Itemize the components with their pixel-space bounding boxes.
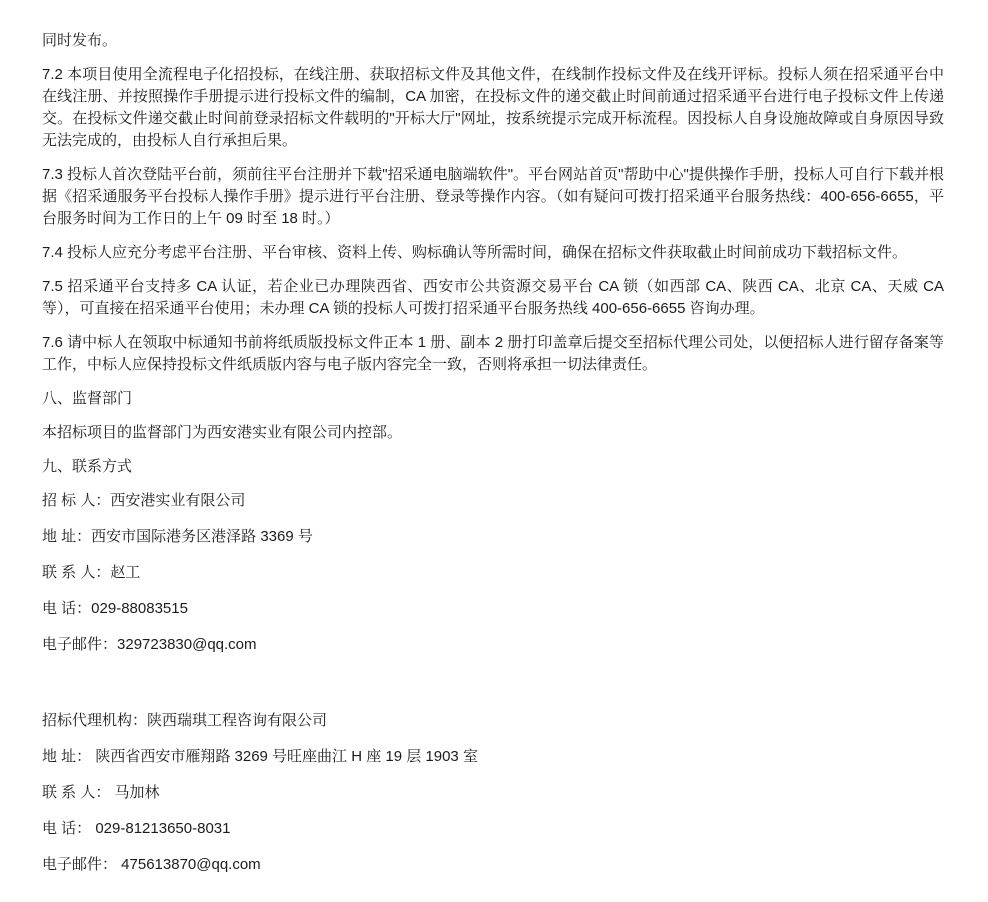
agency-phone-line: 电 话： 029-81213650-8031 [42,818,944,840]
clause-7-2: 7.2 本项目使用全流程电子化招投标，在线注册、获取招标文件及其他文件，在线制作… [42,64,944,152]
section-heading-supervision: 八、监督部门 [42,388,944,410]
tenderer-person-label: 联 系 人： [42,564,110,581]
clause-7-6: 7.6 请中标人在领取中标通知书前将纸质版投标文件正本 1 册、副本 2 册打印… [42,332,944,376]
tenderer-name-value: 西安港实业有限公司 [110,492,245,509]
agency-address-label: 地 址： [42,748,95,765]
tenderer-email-value: 329723830@qq.com [117,636,257,653]
agency-phone-label: 电 话： [42,820,95,837]
agency-address-value: 陕西省西安市雁翔路 3269 号旺座曲江 H 座 19 层 1903 室 [95,748,478,765]
paragraph-continuation: 同时发布。 [42,30,944,52]
agency-name-line: 招标代理机构：陕西瑞琪工程咨询有限公司 [42,710,944,732]
clause-7-4: 7.4 投标人应充分考虑平台注册、平台审核、资料上传、购标确认等所需时间，确保在… [42,242,944,264]
agency-phone-value: 029-81213650-8031 [95,820,230,837]
tenderer-phone-label: 电 话： [42,600,91,617]
tenderer-person-value: 赵工 [110,564,140,581]
agency-name-label: 招标代理机构： [42,712,147,729]
supervision-body: 本招标项目的监督部门为西安港实业有限公司内控部。 [42,422,944,444]
clause-7-5: 7.5 招采通平台支持多 CA 认证，若企业已办理陕西省、西安市公共资源交易平台… [42,276,944,320]
tenderer-name-line: 招 标 人：西安港实业有限公司 [42,490,944,512]
agency-email-line: 电子邮件： 475613870@qq.com [42,854,944,876]
section-heading-contact: 九、联系方式 [42,456,944,478]
tenderer-email-line: 电子邮件：329723830@qq.com [42,634,944,656]
clause-7-3: 7.3 投标人首次登陆平台前，须前往平台注册并下载"招采通电脑端软件"。平台网站… [42,164,944,230]
blank-line-spacer [42,670,944,710]
agency-person-line: 联 系 人： 马加林 [42,782,944,804]
tenderer-address-line: 地 址：西安市国际港务区港泽路 3369 号 [42,526,944,548]
agency-address-line: 地 址： 陕西省西安市雁翔路 3269 号旺座曲江 H 座 19 层 1903 … [42,746,944,768]
tenderer-phone-line: 电 话：029-88083515 [42,598,944,620]
agency-name-value: 陕西瑞琪工程咨询有限公司 [147,712,327,729]
tenderer-person-line: 联 系 人：赵工 [42,562,944,584]
agency-person-label: 联 系 人： [42,784,115,801]
agency-person-value: 马加林 [115,784,160,801]
tenderer-name-label: 招 标 人： [42,492,110,509]
document-page: 同时发布。 7.2 本项目使用全流程电子化招投标，在线注册、获取招标文件及其他文… [0,0,988,902]
agency-email-label: 电子邮件： [42,856,121,873]
agency-email-value: 475613870@qq.com [121,856,261,873]
tenderer-phone-value: 029-88083515 [91,600,188,617]
tenderer-address-label: 地 址： [42,528,91,545]
tenderer-address-value: 西安市国际港务区港泽路 3369 号 [91,528,313,545]
tenderer-email-label: 电子邮件： [42,636,117,653]
